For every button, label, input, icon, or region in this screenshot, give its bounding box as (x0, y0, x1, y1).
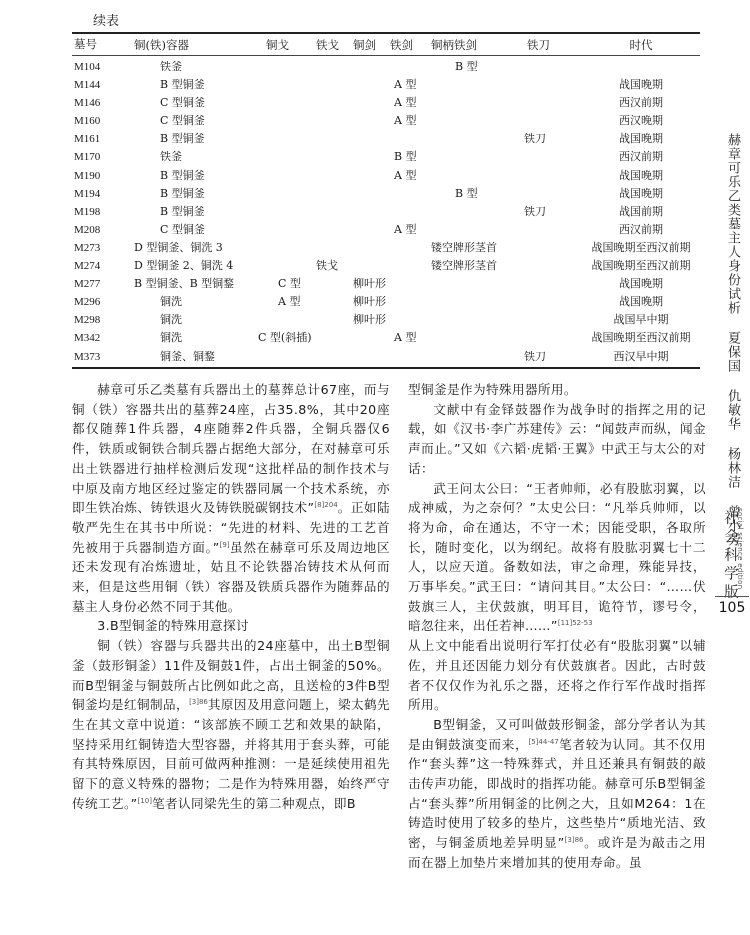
header-bronze-ge: 铜戈 (266, 36, 289, 55)
cell-vessel: 铜洗 (160, 293, 182, 311)
cell-tomb: M277 (74, 275, 100, 293)
section-heading: 3.B型铜釜的特殊用意探讨 (72, 616, 390, 636)
cell-bronze-sword: 柳叶形 (353, 311, 386, 329)
cell-tomb: M144 (74, 76, 100, 94)
table-row: M274D 型铜釜 2、铜洗 4铁戈镂空牌形茎首战国晚期至西汉前期 (72, 257, 700, 275)
cell-bronze-ge: C 型(斜插) (258, 329, 312, 347)
table-bottom-rule (72, 367, 700, 369)
cell-tomb: M194 (74, 185, 100, 203)
cell-tomb: M170 (74, 148, 100, 166)
block-quote: 武王问太公曰：“王者帅师，必有股肱羽翼，以成神威，为之奈何？”太史公曰：“凡举兵… (408, 479, 706, 637)
table-row: M170铁釜B 型西汉前期 (72, 148, 700, 166)
cell-iron-sword: A 型 (394, 329, 416, 347)
table-row: M296铜洗A 型柳叶形战国晚期 (72, 293, 700, 311)
cell-iron-sword: A 型 (394, 112, 416, 130)
cell-era: 战国晚期 (582, 275, 700, 293)
citation: [10] (138, 797, 152, 805)
table-caption: 续表 (93, 10, 119, 29)
cell-era: 西汉前期 (582, 221, 700, 239)
journal-name-en: social science edition (736, 508, 744, 589)
cell-iron-knife: 铁刀 (524, 130, 546, 148)
cell-era: 西汉早中期 (582, 348, 700, 366)
paragraph: 赫章可乐乙类墓有兵器出土的墓葬总计67座，而与铜（铁）容器共出的墓葬24座，占3… (72, 380, 390, 616)
header-bronze-sword: 铜剑 (353, 36, 376, 55)
page-number-rule (715, 596, 749, 597)
cell-iron-knife: 铁刀 (524, 203, 546, 221)
table-row: M277B 型铜釜、B 型铜鍪C 型柳叶形战国晚期 (72, 275, 700, 293)
cell-tomb: M146 (74, 94, 100, 112)
header-vessel: 铜(铁)容器 (134, 36, 189, 55)
cell-iron-sword: A 型 (394, 167, 416, 185)
table-row: M273D 型铜釜、铜洗 3镂空牌形茎首战国晚期至西汉前期 (72, 239, 700, 257)
header-era: 时代 (582, 36, 700, 55)
table-row: M104铁釜B 型 (72, 58, 700, 76)
cell-bronze-sword: 柳叶形 (353, 293, 386, 311)
cell-era: 西汉前期 (582, 94, 700, 112)
cell-vessel: D 型铜釜 2、铜洗 4 (134, 257, 233, 275)
table-header-row: 墓号 铜(铁)容器 铜戈 铁戈 铜剑 铁剑 铜柄铁剑 铁刀 时代 (72, 36, 700, 55)
table-row: M146C 型铜釜A 型西汉前期 (72, 94, 700, 112)
cell-vessel: 铜洗 (160, 329, 182, 347)
cell-tomb: M274 (74, 257, 100, 275)
citation: [3]86 (565, 836, 584, 844)
cell-tomb: M160 (74, 112, 100, 130)
header-bronze-hilt-iron-sword: 铜柄铁剑 (431, 36, 477, 55)
page-number: 105 (713, 600, 750, 616)
header-iron-ge: 铁戈 (316, 36, 339, 55)
table-row: M194B 型铜釜B 型战国晚期 (72, 185, 700, 203)
header-tomb: 墓号 (74, 36, 97, 55)
running-author: 夏保国 (725, 331, 740, 373)
cell-bronze-hilt-iron-sword: B 型 (455, 185, 478, 203)
cell-era: 战国晚期至西汉前期 (582, 257, 700, 275)
cell-tomb: M161 (74, 130, 100, 148)
cell-tomb: M298 (74, 311, 100, 329)
table-row: M208C 型铜釜A 型西汉前期 (72, 221, 700, 239)
paragraph: 文献中有金铎鼓器作为战争时的指挥之用的记载，如《汉书·李广苏建传》云：“闻鼓声而… (408, 400, 706, 479)
cell-vessel: C 型铜釜 (160, 94, 205, 112)
left-column: 赫章可乐乙类墓有兵器出土的墓葬总计67座，而与铜（铁）容器共出的墓葬24座，占3… (72, 380, 390, 813)
cell-vessel: 铜釜、铜鍪 (160, 348, 215, 366)
cell-tomb: M342 (74, 329, 100, 347)
cell-bronze-sword: 柳叶形 (353, 275, 386, 293)
cell-vessel: 铜洗 (160, 311, 182, 329)
right-column: 型铜釜是作为特殊用器所用。 文献中有金铎鼓器作为战争时的指挥之用的记载，如《汉书… (408, 380, 706, 873)
running-author: 杨林洁 (725, 447, 740, 489)
cell-era: 战国晚期 (582, 293, 700, 311)
cell-iron-sword: A 型 (394, 94, 416, 112)
cell-era: 战国晚期 (582, 185, 700, 203)
cell-vessel: B 型铜釜 (160, 130, 205, 148)
cell-era: 战国前期 (582, 203, 700, 221)
cell-vessel: B 型铜釜 (160, 185, 205, 203)
paragraph: B型铜釜，又可叫做鼓形铜釜，部分学者认为其是由铜鼓演变而来，[5]44-47笔者… (408, 715, 706, 873)
running-header-rail: 赫章可乐乙类墓主人身份试析夏保国仇敏华杨林洁曾小芳 社会科学版 social s… (712, 0, 750, 935)
paragraph-continuation: 型铜釜是作为特殊用器所用。 (408, 380, 706, 400)
cell-era: 战国早中期 (582, 311, 700, 329)
running-author: 仇敏华 (725, 389, 740, 431)
cell-vessel: B 型铜釜 (160, 203, 205, 221)
cell-era: 西汉晚期 (582, 112, 700, 130)
running-article-title: 赫章可乐乙类墓主人身份试析 (725, 133, 740, 315)
table-row: M342铜洗C 型(斜插)A 型战国晚期至西汉前期 (72, 329, 700, 347)
cell-vessel: B 型铜釜 (160, 167, 205, 185)
cell-bronze-ge: A 型 (278, 293, 300, 311)
cell-iron-sword: B 型 (394, 148, 417, 166)
cell-vessel: D 型铜釜、铜洗 3 (134, 239, 223, 257)
cell-vessel: 铁釜 (160, 58, 182, 76)
table-top-rule (72, 32, 700, 34)
cell-vessel: C 型铜釜 (160, 112, 205, 130)
cell-tomb: M273 (74, 239, 100, 257)
table-row: M198B 型铜釜铁刀战国前期 (72, 203, 700, 221)
table-row: M373铜釜、铜鍪铁刀西汉早中期 (72, 348, 700, 366)
table-row: M161B 型铜釜铁刀战国晚期 (72, 130, 700, 148)
cell-tomb: M296 (74, 293, 100, 311)
cell-tomb: M198 (74, 203, 100, 221)
cell-tomb: M208 (74, 221, 100, 239)
cell-era: 西汉前期 (582, 148, 700, 166)
cell-vessel: 铁釜 (160, 148, 182, 166)
cell-era: 战国晚期至西汉前期 (582, 239, 700, 257)
cell-iron-knife: 铁刀 (524, 348, 546, 366)
table-header-rule (72, 55, 700, 56)
cell-vessel: B 型铜釜、B 型铜鍪 (134, 275, 234, 293)
table-body: M104铁釜B 型M144B 型铜釜A 型战国晚期M146C 型铜釜A 型西汉前… (72, 58, 700, 366)
cell-tomb: M373 (74, 348, 100, 366)
citation: [11]52-53 (558, 619, 593, 627)
running-title: 赫章可乐乙类墓主人身份试析夏保国仇敏华杨林洁曾小芳 (721, 133, 743, 547)
cell-era: 战国晚期 (582, 76, 700, 94)
paragraph: 从上文中能看出说明行军打仗必有“股肱羽翼”以辅佐，并且还因能力划分有伏鼓旗者。因… (408, 636, 706, 715)
paragraph: 铜（铁）容器与兵器共出的24座墓中，出土B型铜釜（鼓形铜釜）11件及铜鼓1件，占… (72, 636, 390, 813)
cell-era: 战国晚期至西汉前期 (582, 329, 700, 347)
citation: [9] (220, 540, 230, 548)
citation: [5]44-47 (528, 737, 558, 745)
table-row: M190B 型铜釜A 型战国晚期 (72, 167, 700, 185)
cell-tomb: M104 (74, 58, 100, 76)
cell-bronze-hilt-iron-sword: 镂空牌形茎首 (431, 239, 497, 257)
table-row: M160C 型铜釜A 型西汉晚期 (72, 112, 700, 130)
cell-tomb: M190 (74, 167, 100, 185)
cell-bronze-hilt-iron-sword: B 型 (455, 58, 478, 76)
cell-vessel: B 型铜釜 (160, 76, 205, 94)
header-iron-sword: 铁剑 (390, 36, 413, 55)
cell-era: 战国晚期 (582, 130, 700, 148)
cell-vessel: C 型铜釜 (160, 221, 205, 239)
table-row: M144B 型铜釜A 型战国晚期 (72, 76, 700, 94)
cell-era: 战国晚期 (582, 167, 700, 185)
header-iron-knife: 铁刀 (527, 36, 550, 55)
table-row: M298铜洗柳叶形战国早中期 (72, 311, 700, 329)
cell-bronze-ge: C 型 (278, 275, 301, 293)
cell-iron-sword: A 型 (394, 76, 416, 94)
citation: [3]86 (189, 698, 208, 706)
cell-bronze-hilt-iron-sword: 镂空牌形茎首 (431, 257, 497, 275)
cell-iron-sword: A 型 (394, 221, 416, 239)
cell-iron-ge: 铁戈 (316, 257, 338, 275)
citation: [8]204 (314, 501, 337, 509)
